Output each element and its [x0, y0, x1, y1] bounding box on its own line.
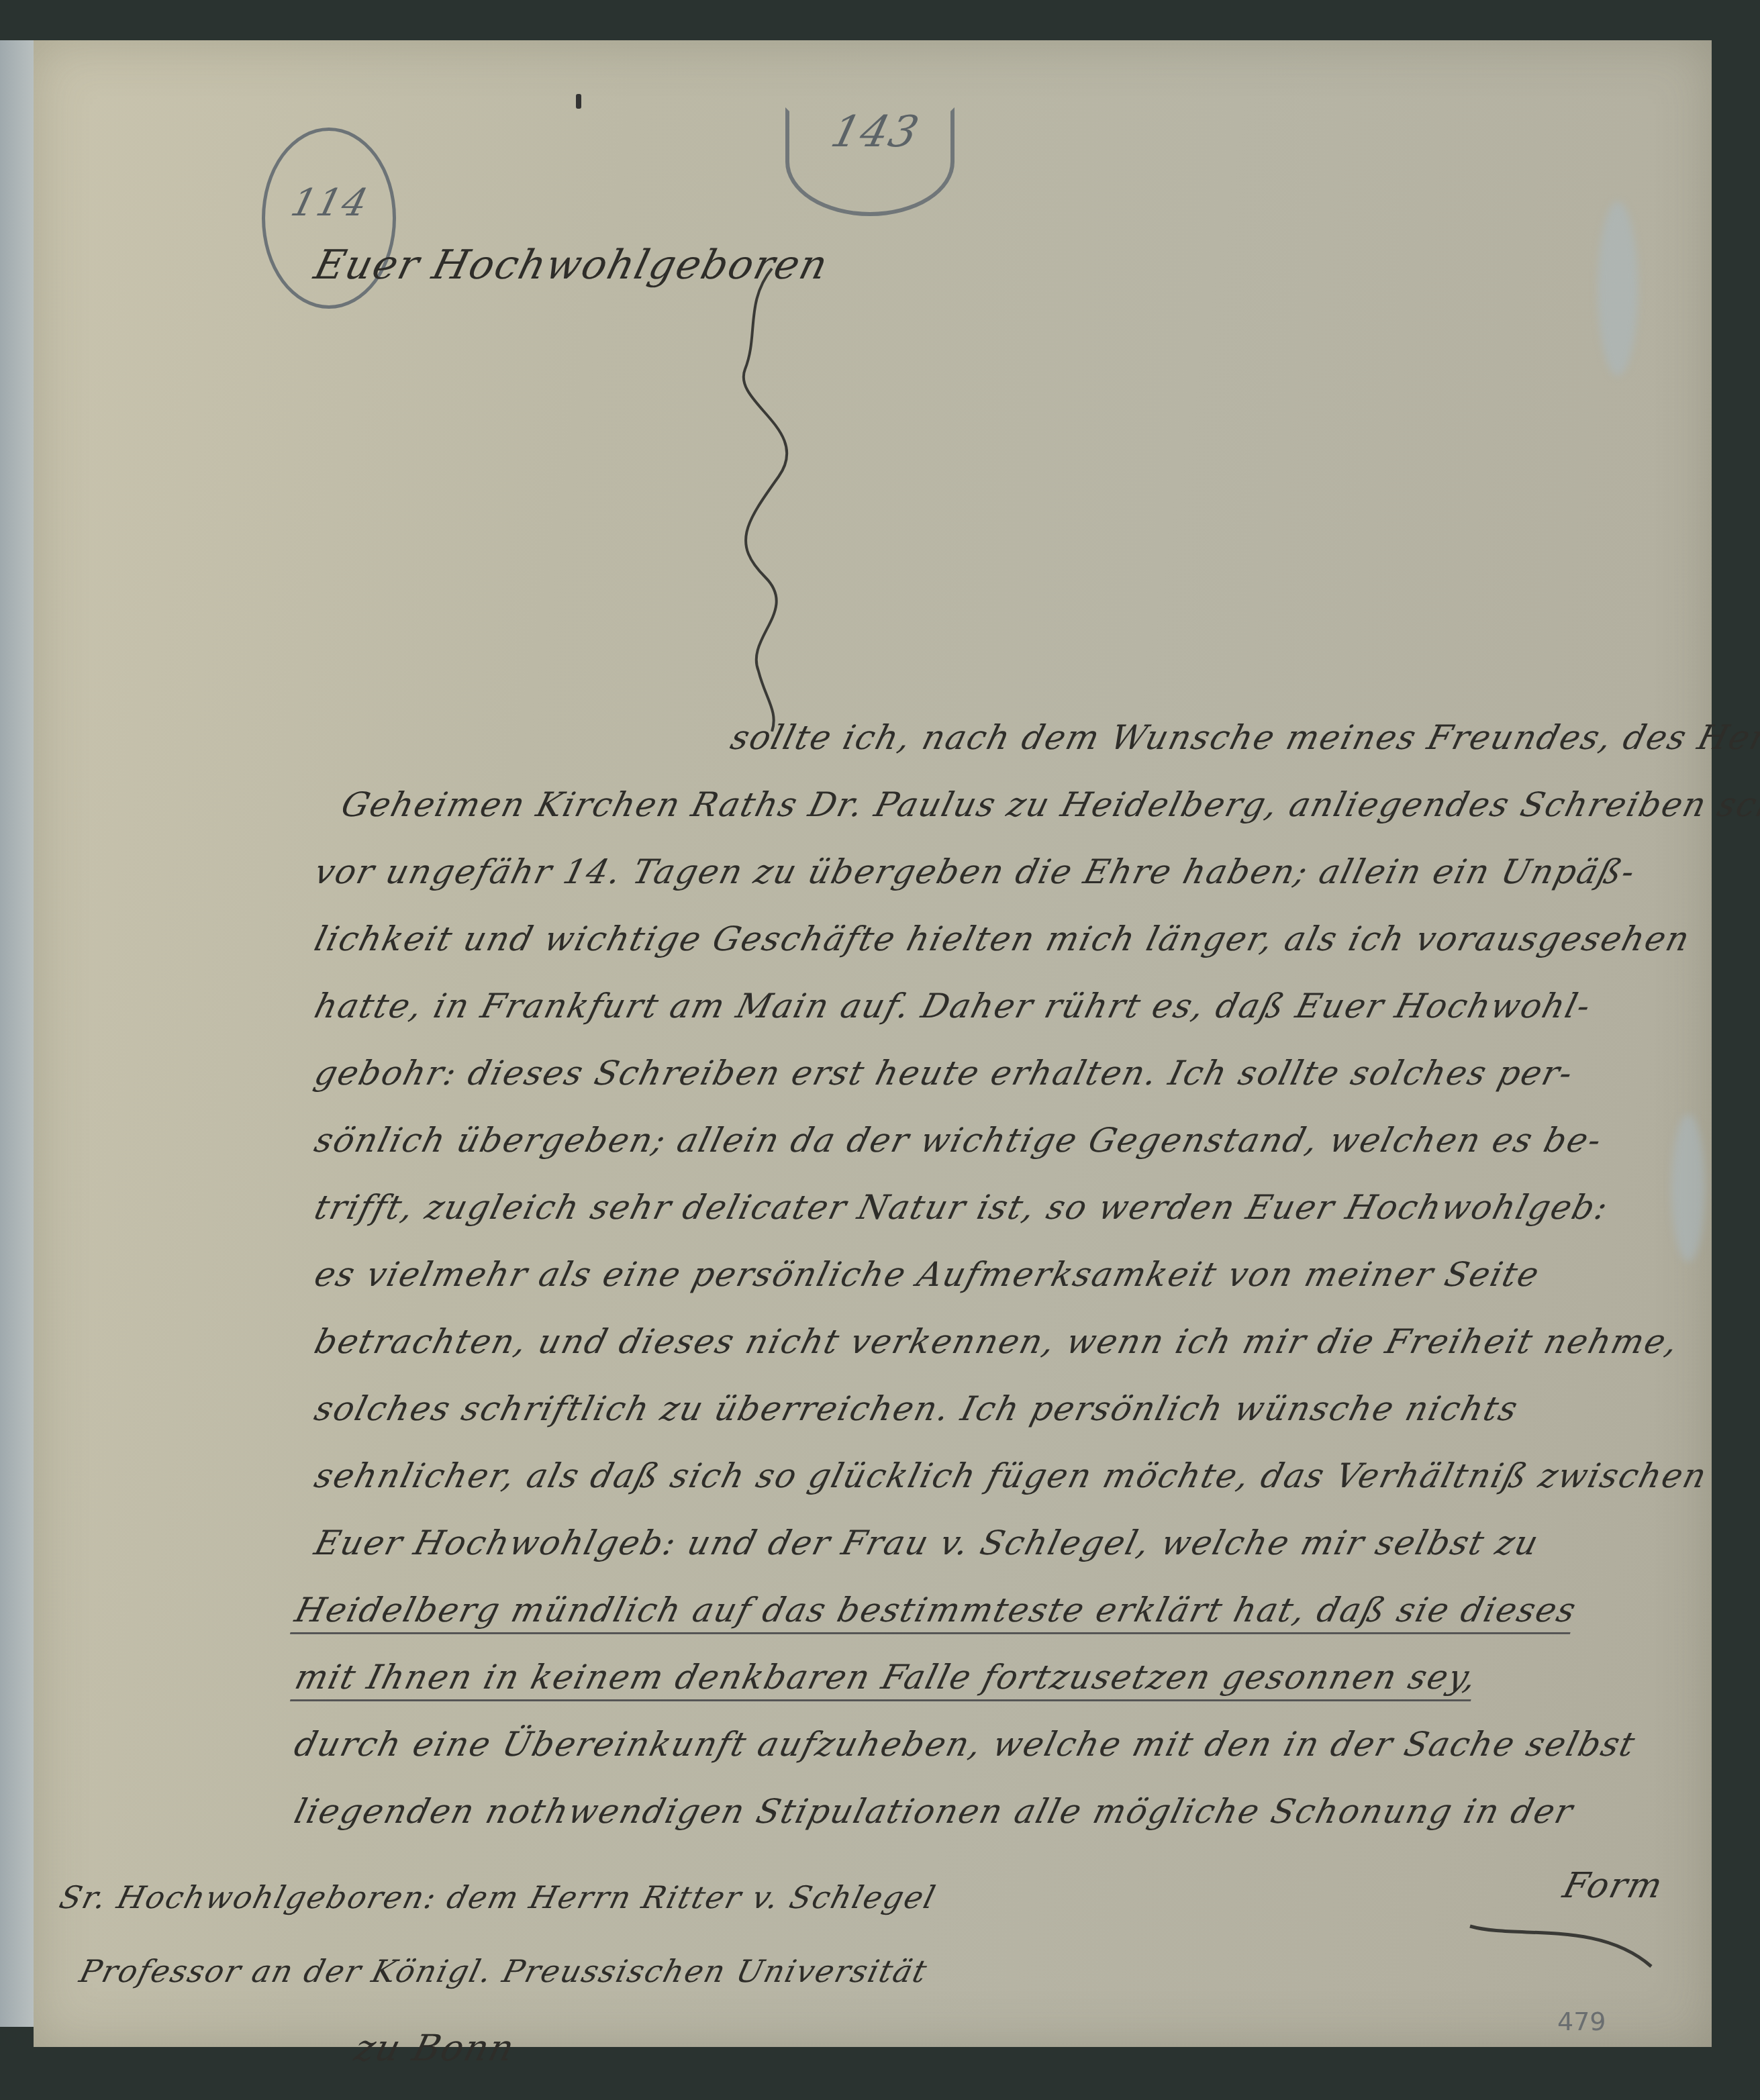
- archive-number-arc: 143: [826, 107, 925, 157]
- water-stain: [1598, 201, 1638, 376]
- catchword-flourish: [1463, 1913, 1665, 1993]
- address-line: Professor an der Königl. Preussischen Un…: [76, 1953, 932, 1989]
- left-margin-strip: [0, 40, 34, 2027]
- body-line: durch eine Übereinkunft aufzuheben, welc…: [291, 1725, 1640, 1764]
- body-line-underlined: mit Ihnen in keinem denkbaren Falle fort…: [290, 1658, 1481, 1701]
- water-stain: [1671, 1114, 1705, 1262]
- body-line: sollte ich, nach dem Wunsche meines Freu…: [727, 718, 1760, 757]
- body-line: trifft, zugleich sehr delicater Natur is…: [311, 1188, 1613, 1227]
- archive-number-circled: 114: [287, 181, 373, 225]
- address-line: zu Bonn: [350, 2027, 520, 2069]
- address-line: Sr. Hochwohlgeboren: dem Herrn Ritter v.…: [56, 1879, 940, 1915]
- body-line: betrachten, und dieses nicht verkennen, …: [311, 1322, 1683, 1361]
- body-line-underlined: Heidelberg mündlich auf das bestimmteste…: [290, 1591, 1581, 1634]
- letter-sheet: 114 143 Euer Hochwohlgeboren sollte ich,…: [34, 40, 1712, 2047]
- body-line: hatte, in Frankfurt am Main auf. Daher r…: [311, 987, 1596, 1026]
- body-line: sehnlicher, als daß sich so glücklich fü…: [311, 1456, 1712, 1495]
- body-line: liegenden nothwendigen Stipulationen all…: [291, 1792, 1578, 1831]
- archive-number-bottom: 479: [1557, 2007, 1606, 2036]
- body-line: vor ungefähr 14. Tagen zu übergeben die …: [311, 852, 1640, 891]
- body-line: solches schriftlich zu überreichen. Ich …: [311, 1389, 1523, 1428]
- ink-dot: [576, 94, 581, 109]
- body-line: sönlich übergeben; allein da der wichtig…: [311, 1121, 1606, 1160]
- body-line: lichkeit und wichtige Geschäfte hielten …: [311, 919, 1695, 958]
- body-line: es vielmehr als eine persönliche Aufmerk…: [311, 1255, 1544, 1294]
- body-line: Euer Hochwohlgeb: und der Frau v. Schleg…: [311, 1523, 1543, 1562]
- decorative-squiggle: [705, 262, 839, 732]
- body-line: Geheimen Kirchen Raths Dr. Paulus zu Hei…: [338, 785, 1760, 824]
- catchword: Form: [1559, 1866, 1668, 1906]
- body-line: gebohr: dieses Schreiben erst heute erha…: [311, 1054, 1578, 1093]
